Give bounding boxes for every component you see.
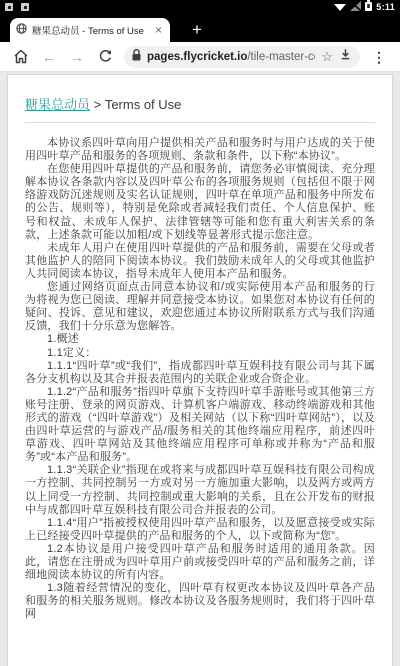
app-name-link[interactable]: 糖果总动员 bbox=[25, 97, 90, 112]
close-tab-icon[interactable]: × bbox=[153, 24, 164, 36]
bookmark-star-icon[interactable]: ☆ bbox=[321, 50, 333, 63]
download-icon[interactable] bbox=[339, 48, 352, 66]
terms-paragraph: 1.2本协议是用户接受四叶草产品和服务时适用的通用条款。因此，请您在注册成为四叶… bbox=[25, 543, 375, 582]
terms-paragraph: 1.1.2“产品和服务”指四叶草旗下支持四叶草手游账号或其他第三方账号注册、登录… bbox=[25, 386, 375, 465]
breadcrumb: 糖果总动员 > Terms of Use bbox=[25, 94, 375, 113]
url-text: pages.flycricket.io/tile-master-co bbox=[147, 51, 315, 63]
terms-paragraph: 1.1.1“四叶草”或“我们”，指成都四叶草互娱科技有限公司与其下属各分支机构以… bbox=[25, 360, 375, 386]
notification-icon bbox=[5, 3, 13, 11]
no-signal-icon bbox=[350, 0, 361, 16]
terms-section-heading: 1.概述 bbox=[25, 333, 375, 346]
lock-icon bbox=[132, 48, 141, 66]
page-title: > Terms of Use bbox=[90, 97, 181, 112]
clock: 5:11 bbox=[376, 2, 395, 12]
battery-icon bbox=[365, 0, 372, 16]
refresh-icon[interactable] bbox=[92, 44, 118, 70]
url-path: /tile-master-co bbox=[247, 51, 315, 63]
new-tab-icon[interactable]: + bbox=[192, 21, 202, 38]
terms-paragraph: 未成年人用户在使用四叶草提供的产品和服务前，需要在父母或者其他监护人的陪同下阅读… bbox=[25, 242, 375, 281]
url-host: pages.flycricket.io bbox=[147, 51, 247, 63]
back-icon[interactable]: ← bbox=[36, 44, 62, 70]
tab-title: 糖果总动员 - Terms of Use bbox=[32, 23, 148, 37]
forward-icon[interactable]: → bbox=[64, 44, 90, 70]
terms-paragraph: 您通过网络页面点击同意本协议和/或实际使用本产品和服务的行为将视为您已阅读、理解… bbox=[25, 281, 375, 333]
terms-paragraph: 1.3随着经营情况的变化，四叶草有权更改本协议及四叶草各产品和服务的相关服务规则… bbox=[25, 582, 375, 621]
divider bbox=[25, 122, 375, 123]
terms-section-heading: 1.1定义： bbox=[25, 347, 375, 360]
browser-tab[interactable]: 糖果总动员 - Terms of Use × bbox=[10, 18, 170, 42]
tab-strip: 糖果总动员 - Terms of Use × + bbox=[0, 14, 400, 42]
terms-paragraph: 1.1.3“关联企业”指现在或将来与成都四叶草互娱科技有限公司构成一方控制、共同… bbox=[25, 464, 375, 516]
terms-paragraph: 本协议系四叶草向用户提供相关产品和服务时与用户达成的关于使用四叶草产品和服务的各… bbox=[25, 137, 375, 163]
terms-paragraph: 在您使用四叶草提供的产品和服务前，请您务必审慎阅读、充分理解本协议各条款内容以及… bbox=[25, 163, 375, 242]
notification-icon bbox=[21, 3, 29, 11]
terms-card: 糖果总动员 > Terms of Use 本协议系四叶草向用户提供相关产品和服务… bbox=[7, 74, 393, 666]
address-bar[interactable]: pages.flycricket.io/tile-master-co ☆ bbox=[124, 46, 360, 68]
home-icon[interactable] bbox=[8, 44, 34, 70]
terms-paragraph: 1.1.4“用户”指被授权使用四叶草产品和服务，以及愿意接受或实际上已经接受四叶… bbox=[25, 517, 375, 543]
globe-favicon-icon bbox=[16, 21, 27, 39]
browser-toolbar: ← → pages.flycricket.io/tile-master-co ☆… bbox=[0, 42, 400, 72]
overflow-menu-icon[interactable]: ⋮ bbox=[366, 44, 392, 70]
wifi-icon bbox=[334, 0, 346, 16]
page-viewport: 糖果总动员 > Terms of Use 本协议系四叶草向用户提供相关产品和服务… bbox=[0, 72, 400, 666]
status-bar: 5:11 bbox=[0, 0, 400, 14]
